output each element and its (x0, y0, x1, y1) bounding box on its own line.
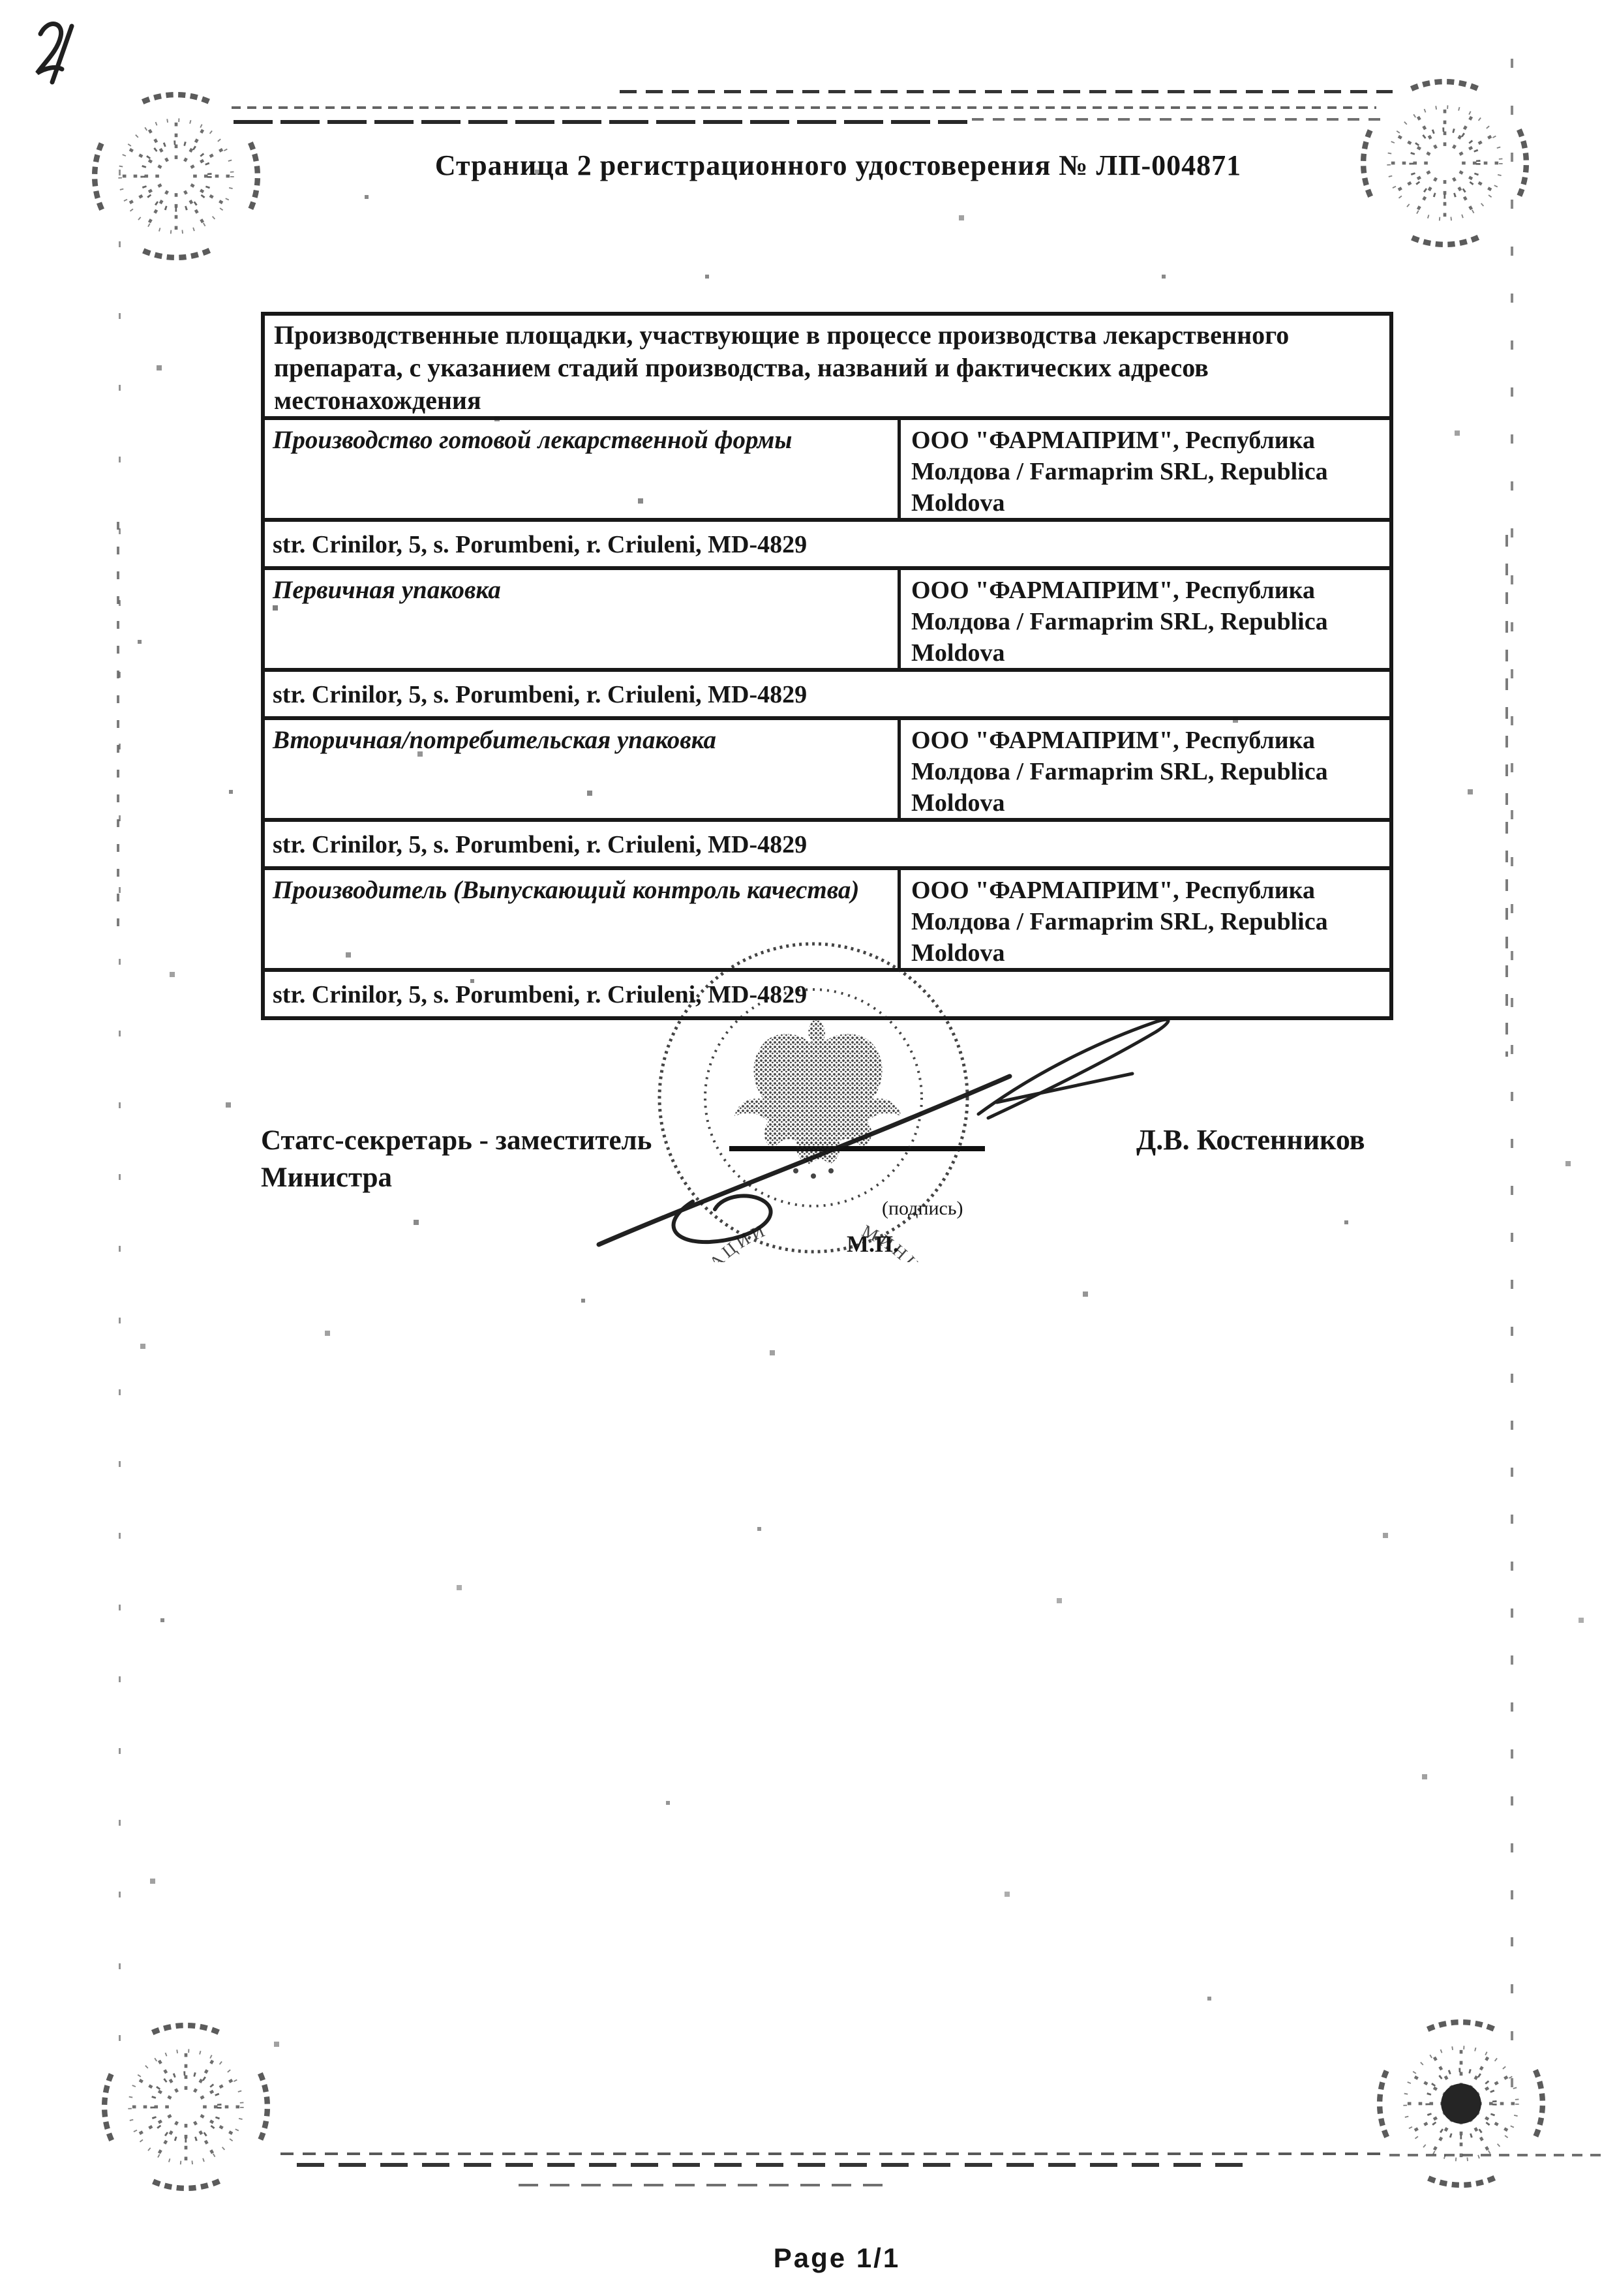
company-cell: ООО "ФАРМАПРИМ", Республика Молдова / Fa… (901, 570, 1389, 668)
scanned-registration-certificate-page: Страница 2 регистрационного удостоверени… (0, 0, 1602, 2296)
production-sites-table: Производственные площадки, участвующие в… (261, 312, 1393, 1020)
table-row-stage-1: Производство готовой лекарственной формы… (265, 416, 1389, 518)
table-row-stage-2: Первичная упаковка ООО "ФАРМАПРИМ", Респ… (265, 566, 1389, 668)
company-line: ООО "ФАРМАПРИМ", Республика (911, 725, 1384, 756)
company-line: Молдова / Farmaprim SRL, Republica (911, 456, 1384, 487)
table-row-stage-3: Вторичная/потребительская упаковка ООО "… (265, 716, 1389, 818)
frame-line-top-1 (620, 90, 1393, 93)
company-line: ООО "ФАРМАПРИМ", Республика (911, 425, 1384, 456)
company-line: ООО "ФАРМАПРИМ", Республика (911, 575, 1384, 606)
company-line: Moldova (911, 637, 1384, 668)
corner-rosette-ornament-top-left (85, 85, 267, 267)
company-cell: ООО "ФАРМАПРИМ", Республика Молдова / Fa… (901, 720, 1389, 818)
company-line: Moldova (911, 487, 1384, 518)
footer-page-indicator: Page 1/1 (72, 2243, 1602, 2274)
signer-position: Статс-секретарь - заместитель Министра (261, 1122, 652, 1196)
company-line: Moldova (911, 787, 1384, 818)
punch-hole-dot (1441, 2083, 1481, 2124)
stage-label: Вторичная/потребительская упаковка (265, 720, 901, 818)
scan-noise-specks (0, 0, 3, 3)
frame-line-right-dense (1505, 535, 1508, 1057)
table-row-address-3: str. Crinilor, 5, s. Porumbeni, r. Criul… (265, 818, 1389, 866)
frame-line-left-dense (117, 522, 119, 926)
stage-label: Производство готовой лекарственной формы (265, 420, 901, 518)
corner-rosette-ornament-bottom-left (95, 2016, 277, 2198)
corner-rosette-ornament-bottom-right (1370, 2012, 1552, 2195)
table-row-address-2: str. Crinilor, 5, s. Porumbeni, r. Criul… (265, 668, 1389, 716)
table-header-cell: Производственные площадки, участвующие в… (265, 316, 1389, 416)
handwritten-page-number (37, 24, 72, 82)
signer-position-line1: Статс-секретарь - заместитель (261, 1122, 652, 1159)
table-row-address-1: str. Crinilor, 5, s. Porumbeni, r. Criul… (265, 518, 1389, 566)
company-line: Молдова / Farmaprim SRL, Republica (911, 606, 1384, 637)
frame-line-bottom-1 (280, 2152, 1389, 2155)
frame-line-right (1511, 59, 1513, 2113)
frame-line-bottom-2 (297, 2163, 1256, 2167)
company-cell: ООО "ФАРМАПРИМ", Республика Молдова / Fa… (901, 420, 1389, 518)
seal-ring-text: МИНИСТЕРСТВО ЗДРАВООХРАНЕНИЯ РОССИЙСКОЙ … (669, 1220, 958, 1262)
stage-label: Первичная упаковка (265, 570, 901, 668)
frame-line-top-3 (234, 120, 967, 124)
frame-line-bottom-3 (519, 2184, 884, 2186)
frame-line-left (119, 170, 121, 2048)
double-headed-eagle-emblem (734, 1020, 901, 1164)
frame-line-bottom-4 (1389, 2154, 1602, 2156)
ministry-round-seal: МИНИСТЕРСТВО ЗДРАВООХРАНЕНИЯ РОССИЙСКОЙ … (646, 936, 985, 1262)
company-line: Молдова / Farmaprim SRL, Republica (911, 756, 1384, 787)
company-line: Молдова / Farmaprim SRL, Republica (911, 906, 1384, 937)
signer-position-line2: Министра (261, 1159, 652, 1196)
frame-line-top-4 (972, 118, 1383, 121)
signer-name: Д.В. Костенников (1136, 1123, 1365, 1156)
frame-line-top-2 (232, 106, 1376, 109)
page-title: Страница 2 регистрационного удостоверени… (274, 149, 1402, 182)
company-line: ООО "ФАРМАПРИМ", Республика (911, 875, 1384, 906)
